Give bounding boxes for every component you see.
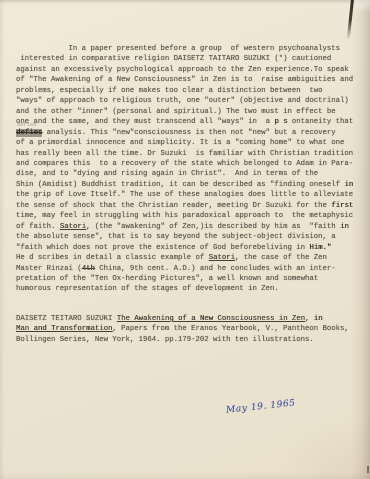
text-segment: and the other "inner" (personal and spir… — [16, 108, 336, 116]
text-segment: humorous representation of the stages of… — [16, 285, 279, 293]
typewritten-line: of a primordial innocence and simplicity… — [16, 138, 364, 148]
typewritten-line: against an excessively psychological app… — [16, 65, 364, 75]
text-segment: China, 9th cent. A.D.) and he concludes … — [95, 265, 336, 273]
underlined-text: The Awakening of a New Consciousness in … — [117, 315, 305, 323]
text-segment: dise, and to "dying and rising again in … — [16, 170, 318, 178]
text-segment: , — [305, 315, 314, 323]
typewritten-line: of "The Awakening of a New Consciousness… — [16, 75, 364, 85]
text-segment: of "The Awakening of a New Consciousness… — [16, 76, 353, 84]
typewritten-line: problems, especially if one makes too cl… — [16, 86, 364, 96]
typed-correction: defiesdefies — [16, 128, 42, 138]
edge-mark — [367, 466, 369, 473]
bibliography: DAISETZ TEITARO SUZUKI The Awakening of … — [16, 314, 364, 345]
text-segment: interested in comparative religion DAISE… — [16, 55, 331, 63]
typewritten-line: one and the same, and they must transcen… — [16, 117, 364, 127]
text-segment: and compares this to a recovery of the s… — [16, 160, 353, 168]
typewritten-line: Master Rinzai (4th China, 9th cent. A.D.… — [16, 264, 364, 274]
text-segment: the grip of Love Itself." The use of the… — [16, 191, 353, 199]
text-segment: "ways" of approach to religious truth, o… — [16, 97, 349, 105]
corner-highlight — [354, 0, 370, 13]
text-segment: p s — [274, 118, 287, 126]
underlined-text: Man and Transformation — [16, 325, 112, 333]
typewritten-line: has really been all the time. Dr Suzuki … — [16, 149, 364, 159]
text-segment: Him." — [309, 244, 331, 252]
text-segment: of faith. — [16, 223, 60, 231]
typewritten-line: the sense of shock that the Christian re… — [16, 201, 364, 211]
typewritten-line: and the other "inner" (personal and spir… — [16, 107, 364, 117]
text-segment: Master Rinzai ( — [16, 265, 82, 273]
text-segment: has really been all the time. Dr Suzuki … — [16, 150, 353, 158]
text-segment: Bollingen Series, New York, 1964. pp.179… — [16, 336, 314, 344]
text-segment: the absolute sense", that is to say beyo… — [16, 233, 336, 241]
typewritten-line: "ways" of approach to religious truth, o… — [16, 96, 364, 106]
typewritten-line: and compares this to a recovery of the s… — [16, 159, 364, 169]
underlined-text: Satori — [209, 254, 235, 262]
typewritten-line: DAISETZ TEITARO SUZUKI The Awakening of … — [16, 314, 364, 324]
text-segment: problems, especially if one makes too cl… — [16, 87, 323, 95]
typewritten-line: Bollingen Series, New York, 1964. pp.179… — [16, 335, 364, 345]
text-segment: , Papers from the Eranos Yearbook, V., P… — [112, 325, 348, 333]
text-segment: DAISETZ TEITARO SUZUKI — [16, 315, 117, 323]
typewritten-line: interested in comparative religion DAISE… — [16, 54, 364, 64]
text-segment: In a paper presented before a group of w… — [16, 45, 340, 53]
text-segment: the sense of shock that the Christian re… — [16, 202, 331, 210]
main-paragraph: In a paper presented before a group of w… — [16, 44, 364, 295]
text-segment: first — [331, 202, 353, 210]
text-segment: time, may feel in struggling with his pa… — [16, 212, 353, 220]
text-segment: Shin (Amidist) Buddhist tradition, it ca… — [16, 181, 344, 189]
typewritten-line: Man and Transformation, Papers from the … — [16, 324, 364, 334]
text-segment: ontaneity that — [288, 118, 354, 126]
text-segment: analysis. This "new"consciousness is the… — [42, 129, 335, 137]
typewritten-line: Shin (Amidist) Buddhist tradition, it ca… — [16, 180, 364, 190]
text-segment: He d scribes in detail a classic example… — [16, 254, 209, 262]
text-segment: pretation of the "Ten Ox-herding Picture… — [16, 275, 318, 283]
typewritten-line: the grip of Love Itself." The use of the… — [16, 190, 364, 200]
underlined-text: Satori — [60, 223, 86, 231]
struck-out-text: 4th — [82, 265, 95, 273]
typewritten-line: "faith which does not prove the existenc… — [16, 243, 364, 253]
text-segment: in — [314, 315, 323, 323]
typewritten-line: In a paper presented before a group of w… — [16, 44, 364, 54]
text-segment: in — [344, 181, 353, 189]
typewritten-line: pretation of the "Ten Ox-herding Picture… — [16, 274, 364, 284]
handwritten-date: May 19. 1965 — [226, 398, 296, 415]
typewritten-line: the absolute sense", that is to say beyo… — [16, 232, 364, 242]
typewritten-line: He d scribes in detail a classic example… — [16, 253, 364, 263]
struck-out-text: defies — [16, 129, 42, 137]
typewritten-line: humorous representation of the stages of… — [16, 284, 364, 294]
text-segment: against an excessively psychological app… — [16, 66, 349, 74]
text-segment: one and the same, and they must transcen… — [16, 118, 274, 126]
typewritten-line: defiesdefies analysis. This "new"conscio… — [16, 128, 364, 138]
text-segment: "faith which does not prove the existenc… — [16, 244, 309, 252]
text-segment: , (the "awakening" of Zen,)is described … — [86, 223, 340, 231]
typewritten-line: dise, and to "dying and rising again in … — [16, 169, 364, 179]
text-segment: , the case of the Zen — [235, 254, 327, 262]
typewritten-line: time, may feel in struggling with his pa… — [16, 211, 364, 221]
correction-overtype: defies — [17, 123, 36, 128]
text-segment: in — [340, 223, 349, 231]
typewritten-line: of faith. Satori, (the "awakening" of Ze… — [16, 222, 364, 232]
scanned-document-page: In a paper presented before a group of w… — [0, 0, 370, 479]
text-segment: of a primordial innocence and simplicity… — [16, 139, 344, 147]
